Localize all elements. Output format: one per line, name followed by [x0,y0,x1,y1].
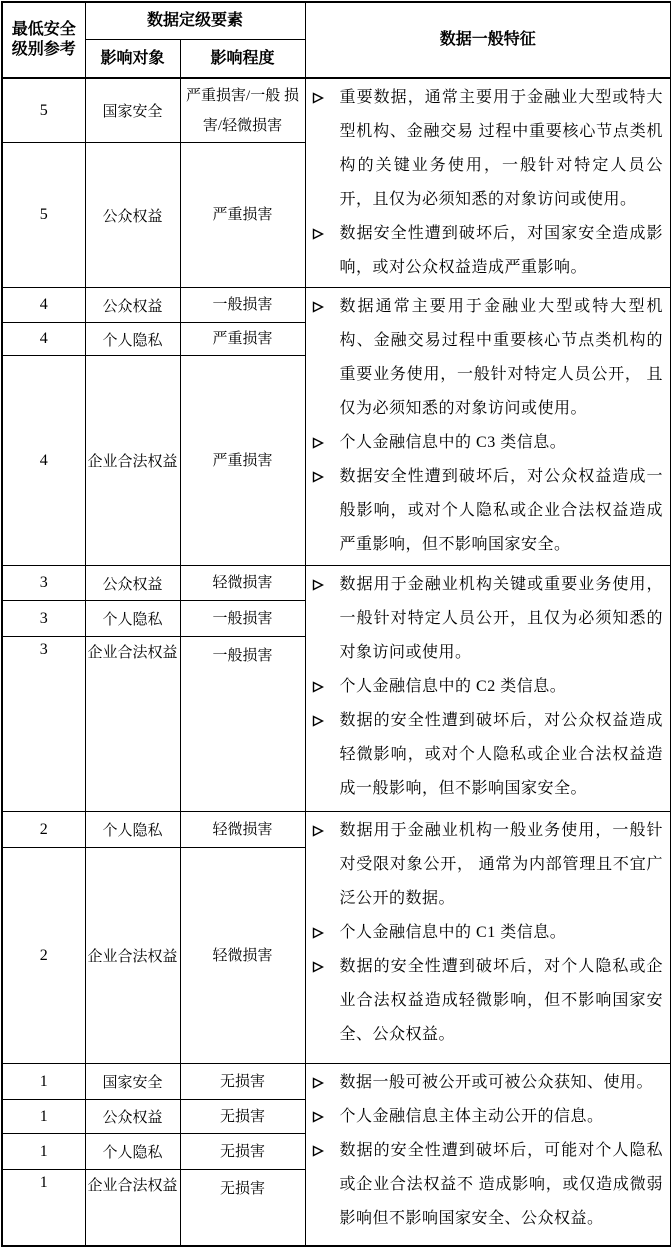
arrow-bullet-icon [310,916,340,950]
level-cell: 1 [2,1064,85,1100]
feature-text: 数据的安全性遭到破坏后，对公众权益造成轻微影响，或对个人隐私或企业合法权益造成一… [340,704,664,806]
features-cell: 数据一般可被公开或可被公众获知、使用。 个人金融信息主体主动公开的信息。 数据的… [305,1064,671,1247]
impact-object-cell: 个人隐私 [85,812,180,848]
impact-degree-cell: 严重损害 [180,323,305,356]
impact-degree-cell: 一般损害 [180,288,305,323]
header-row-1: 最低安全 级别参考 数据定级要素 数据一般特征 [2,2,671,40]
impact-object-cell: 企业合法权益 [85,848,180,1064]
impact-degree-cell: 严重损害 [180,356,305,566]
arrow-bullet-icon [310,704,340,738]
impact-degree-cell: 无损害 [180,1100,305,1134]
feature-bullet: 数据的安全性遭到破坏后，对个人隐私或企业合法权益造成轻微影响，但不影响国家安全、… [310,950,664,1052]
arrow-bullet-icon [310,460,340,494]
feature-text: 数据安全性遭到破坏后，对国家安全造成影响，或对公众权益造成严重影响。 [340,217,664,285]
feature-text: 个人金融信息主体主动公开的信息。 [340,1100,664,1134]
features-cell: 数据通常主要用于金融业大型或特大型机构、金融交易过程中重要核心节点类机构的重要业… [305,288,671,566]
impact-object-cell: 企业合法权益 [85,356,180,566]
header-min-level: 最低安全 级别参考 [2,2,85,78]
impact-degree-cell: 一般损害 [180,601,305,637]
level-cell: 1 [2,1100,85,1134]
feature-text: 个人金融信息中的 C1 类信息。 [340,916,664,950]
features-cell: 数据用于金融业机构一般业务使用，一般针对受限对象公开， 通常为内部管理且不宜广泛… [305,812,671,1064]
arrow-bullet-icon [310,568,340,602]
feature-bullet: 数据安全性遭到破坏后，对国家安全造成影响，或对公众权益造成严重影响。 [310,217,664,285]
feature-bullet: 个人金融信息中的 C3 类信息。 [310,426,664,460]
feature-bullet: 数据用于金融业机构一般业务使用，一般针对受限对象公开， 通常为内部管理且不宜广泛… [310,814,664,916]
table-row: 1 国家安全 无损害 数据一般可被公开或可被公众获知、使用。 个人金融信息主体主… [2,1064,671,1100]
impact-object-cell: 公众权益 [85,566,180,601]
impact-degree-cell: 严重损害/一般 损害/轻微损害 [180,78,305,143]
feature-text: 个人金融信息中的 C3 类信息。 [340,426,664,460]
level-cell: 3 [2,637,85,812]
feature-bullet: 数据的安全性遭到破坏后，对公众权益造成轻微影响，或对个人隐私或企业合法权益造成一… [310,704,664,806]
arrow-bullet-icon [310,950,340,984]
level-cell: 2 [2,812,85,848]
feature-bullet: 数据用于金融业机构关键或重要业务使用，一般针对特定人员公开，且仅为必须知悉的对象… [310,568,664,670]
arrow-bullet-icon [310,1066,340,1100]
feature-bullet: 数据一般可被公开或可被公众获知、使用。 [310,1066,664,1100]
impact-degree-cell: 无损害 [180,1064,305,1100]
security-level-table: 最低安全 级别参考 数据定级要素 数据一般特征 影响对象 影响程度 5 国家安全… [1,1,671,1247]
arrow-bullet-icon [310,290,340,324]
arrow-bullet-icon [310,426,340,460]
feature-text: 个人金融信息中的 C2 类信息。 [340,670,664,704]
feature-bullet: 重要数据，通常主要用于金融业大型或特大型机构、金融交易 过程中重要核心节点类机构… [310,81,664,217]
table-row: 2 个人隐私 轻微损害 数据用于金融业机构一般业务使用，一般针对受限对象公开， … [2,812,671,848]
table-row: 5 国家安全 严重损害/一般 损害/轻微损害 重要数据，通常主要用于金融业大型或… [2,78,671,143]
impact-object-cell: 公众权益 [85,288,180,323]
level-cell: 5 [2,143,85,288]
impact-object-cell: 个人隐私 [85,1134,180,1170]
impact-object-cell: 公众权益 [85,1100,180,1134]
features-cell: 数据用于金融业机构关键或重要业务使用，一般针对特定人员公开，且仅为必须知悉的对象… [305,566,671,812]
impact-object-cell: 企业合法权益 [85,1170,180,1247]
header-grading-elements: 数据定级要素 [85,2,305,40]
level-cell: 4 [2,356,85,566]
impact-degree-cell: 一般损害 [180,637,305,812]
impact-degree-cell: 轻微损害 [180,812,305,848]
impact-degree-cell: 严重损害 [180,143,305,288]
impact-degree-cell: 轻微损害 [180,848,305,1064]
level-cell: 1 [2,1170,85,1247]
arrow-bullet-icon [310,217,340,251]
features-cell: 重要数据，通常主要用于金融业大型或特大型机构、金融交易 过程中重要核心节点类机构… [305,78,671,288]
impact-object-cell: 个人隐私 [85,601,180,637]
feature-text: 数据安全性遭到破坏后，对公众权益造成一般影响，或对个人隐私或企业合法权益造成严重… [340,460,664,562]
level-cell: 3 [2,566,85,601]
table-row: 4 公众权益 一般损害 数据通常主要用于金融业大型或特大型机构、金融交易过程中重… [2,288,671,323]
header-min-level-line1: 最低安全 [3,20,85,40]
level-cell: 3 [2,601,85,637]
impact-object-cell: 国家安全 [85,78,180,143]
feature-text: 数据用于金融业机构关键或重要业务使用，一般针对特定人员公开，且仅为必须知悉的对象… [340,568,664,670]
feature-bullet: 个人金融信息中的 C1 类信息。 [310,916,664,950]
level-cell: 4 [2,288,85,323]
feature-bullet: 数据通常主要用于金融业大型或特大型机构、金融交易过程中重要核心节点类机构的重要业… [310,290,664,426]
impact-object-cell: 公众权益 [85,143,180,288]
feature-text: 数据通常主要用于金融业大型或特大型机构、金融交易过程中重要核心节点类机构的重要业… [340,290,664,426]
arrow-bullet-icon [310,1100,340,1134]
impact-degree-cell: 无损害 [180,1170,305,1247]
arrow-bullet-icon [310,81,340,115]
arrow-bullet-icon [310,814,340,848]
impact-degree-cell: 轻微损害 [180,566,305,601]
feature-text: 数据一般可被公开或可被公众获知、使用。 [340,1066,664,1100]
feature-text: 数据用于金融业机构一般业务使用，一般针对受限对象公开， 通常为内部管理且不宜广泛… [340,814,664,916]
arrow-bullet-icon [310,1134,340,1168]
impact-object-cell: 企业合法权益 [85,637,180,812]
feature-text: 重要数据，通常主要用于金融业大型或特大型机构、金融交易 过程中重要核心节点类机构… [340,81,664,217]
arrow-bullet-icon [310,670,340,704]
header-impact-object: 影响对象 [85,40,180,79]
table-row: 3 公众权益 轻微损害 数据用于金融业机构关键或重要业务使用，一般针对特定人员公… [2,566,671,601]
level-cell: 1 [2,1134,85,1170]
impact-object-cell: 国家安全 [85,1064,180,1100]
feature-bullet: 个人金融信息中的 C2 类信息。 [310,670,664,704]
header-general-features: 数据一般特征 [305,2,671,78]
impact-object-cell: 个人隐私 [85,323,180,356]
level-cell: 4 [2,323,85,356]
header-impact-degree: 影响程度 [180,40,305,79]
impact-degree-cell: 无损害 [180,1134,305,1170]
level-cell: 5 [2,78,85,143]
feature-bullet: 数据安全性遭到破坏后，对公众权益造成一般影响，或对个人隐私或企业合法权益造成严重… [310,460,664,562]
feature-text: 数据的安全性遭到破坏后，对个人隐私或企业合法权益造成轻微影响，但不影响国家安全、… [340,950,664,1052]
level-cell: 2 [2,848,85,1064]
header-min-level-line2: 级别参考 [3,40,85,60]
feature-bullet: 个人金融信息主体主动公开的信息。 [310,1100,664,1134]
